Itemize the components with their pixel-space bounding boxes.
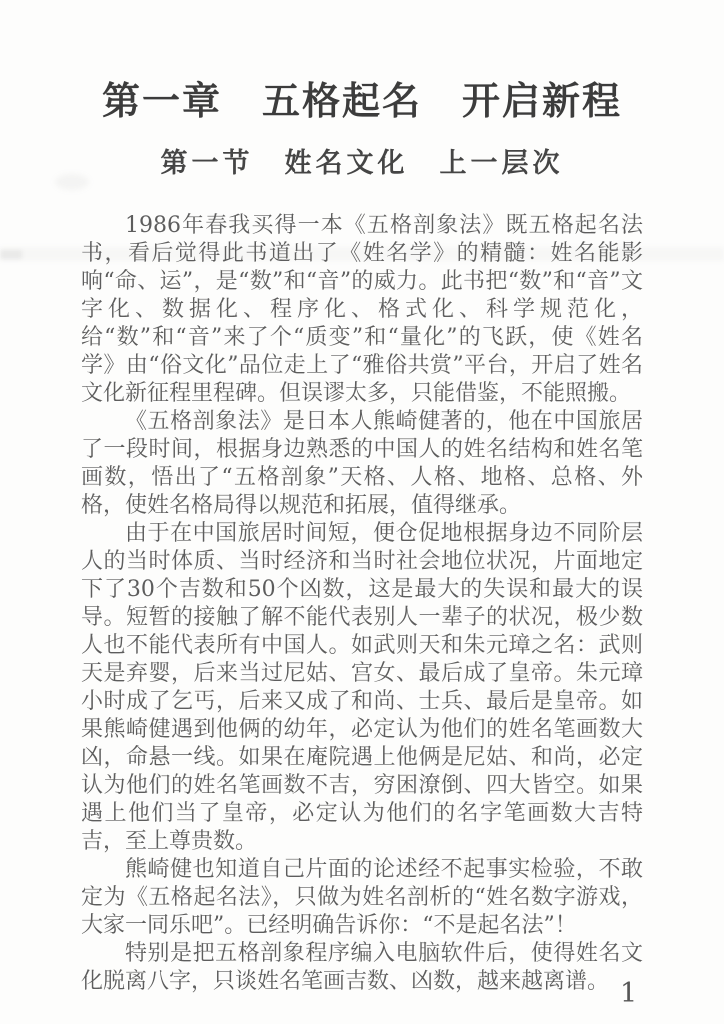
- section-title: 第一节 姓名文化 上一层次: [0, 148, 724, 180]
- paragraph: 熊崎健也知道自己片面的论述经不起事实检验，不敢定为《五格起名法》，只做为姓名剖析…: [81, 856, 643, 940]
- paragraph: 1986年春我买得一本《五格剖象法》既五格起名法书，看后觉得此书道出了《姓名学》…: [81, 212, 643, 408]
- paragraph: 《五格剖象法》是日本人熊崎健著的，他在中国旅居了一段时间，根据身边熟悉的中国人的…: [81, 408, 643, 520]
- scan-streak-artifact: [0, 247, 724, 261]
- scanned-book-page: 第一章 五格起名 开启新程 第一节 姓名文化 上一层次 1986年春我买得一本《…: [0, 0, 724, 1024]
- body-text: 1986年春我买得一本《五格剖象法》既五格起名法书，看后觉得此书道出了《姓名学》…: [81, 212, 643, 996]
- page-number: 1: [620, 978, 637, 1009]
- paragraph: 特别是把五格剖象程序编入电脑软件后，使得姓名文化脱离八字，只谈姓名笔画吉数、凶数…: [81, 940, 643, 996]
- paragraph: 由于在中国旅居时间短，便仓促地根据身边不同阶层人的当时体质、当时经济和当时社会地…: [81, 520, 643, 856]
- scan-smudge: [55, 174, 89, 190]
- chapter-title: 第一章 五格起名 开启新程: [0, 0, 724, 124]
- scan-smudge: [0, 250, 22, 259]
